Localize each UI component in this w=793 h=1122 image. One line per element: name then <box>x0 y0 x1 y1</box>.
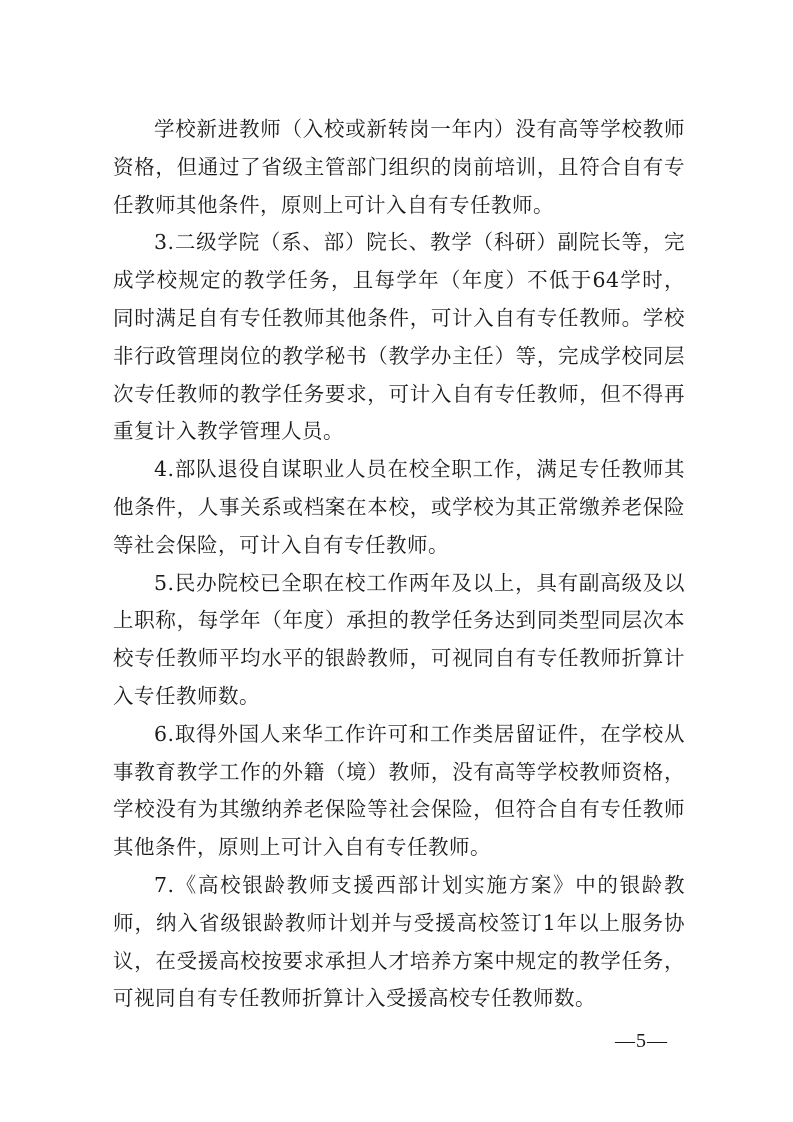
page-number: —5— <box>615 1030 668 1053</box>
paragraph-item-4: 4.部队退役自谋职业人员在校全职工作，满足专任教师其他条件，人事关系或档案在本校… <box>113 451 685 564</box>
document-body: 学校新进教师（入校或新转岗一年内）没有高等学校教师资格，但通过了省级主管部门组织… <box>113 111 685 1018</box>
paragraph-item-5: 5.民办院校已全职在校工作两年及以上，具有副高级及以上职称，每学年（年度）承担的… <box>113 565 685 716</box>
paragraph-item-6: 6.取得外国人来华工作许可和工作类居留证件，在学校从事教育教学工作的外籍（境）教… <box>113 716 685 867</box>
paragraph-new-teacher: 学校新进教师（入校或新转岗一年内）没有高等学校教师资格，但通过了省级主管部门组织… <box>113 111 685 224</box>
paragraph-item-3: 3.二级学院（系、部）院长、教学（科研）副院长等，完成学校规定的教学任务，且每学… <box>113 224 685 451</box>
paragraph-item-7: 7.《高校银龄教师支援西部计划实施方案》中的银龄教师，纳入省级银龄教师计划并与受… <box>113 867 685 1018</box>
